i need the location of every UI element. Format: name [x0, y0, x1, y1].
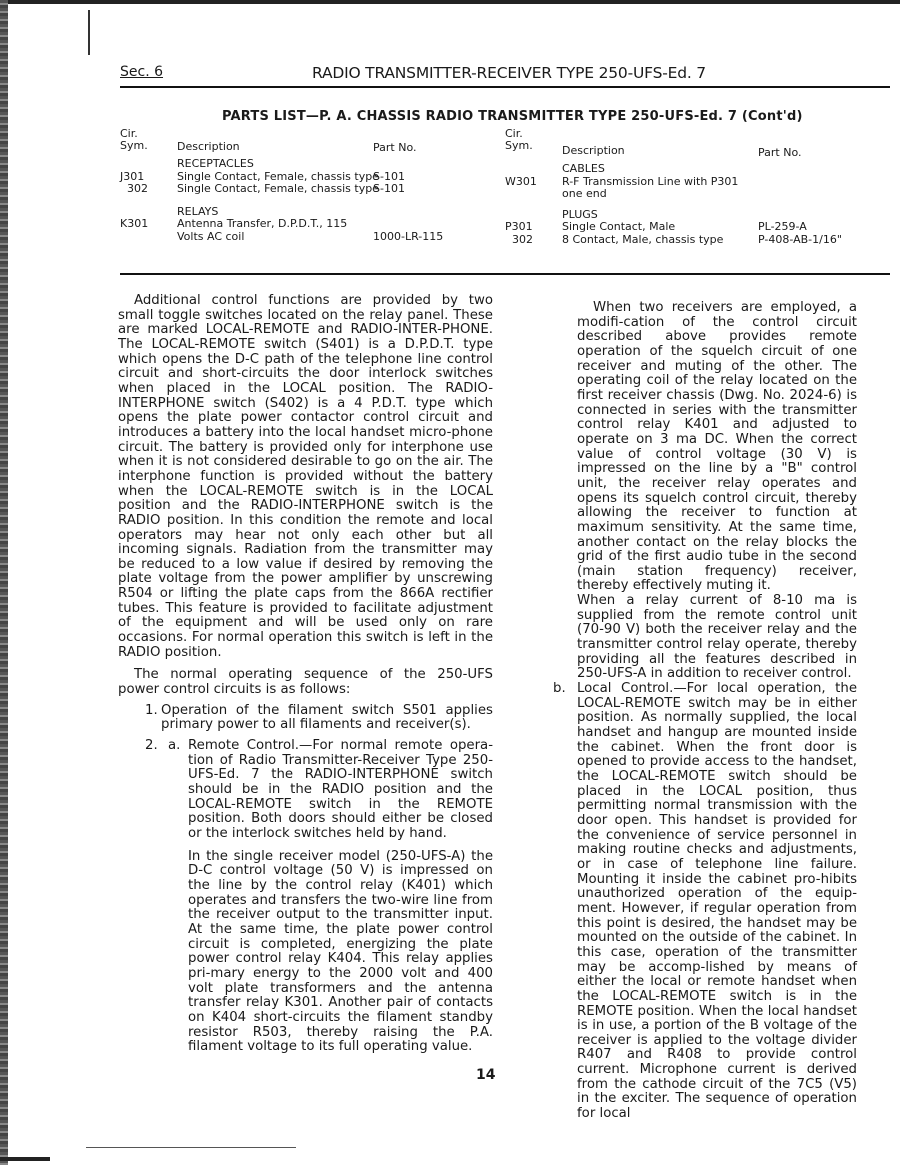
- list-item-2a: 2. a. Remote Control.—For normal remote …: [148, 739, 493, 1055]
- section-label: Sec. 6: [120, 64, 163, 80]
- scan-edge-top: [0, 0, 900, 4]
- list-item-1: 1. Operation of the filament switch S501…: [148, 704, 493, 733]
- parts-header: Cir. Sym. Description Part No.: [505, 128, 890, 158]
- table-row-cont: one end: [505, 188, 890, 201]
- col-header-sym-2: Sym.: [120, 140, 148, 153]
- table-row: K301 Antenna Transfer, D.P.D.T., 115: [120, 218, 490, 231]
- binding-line: [88, 10, 90, 55]
- parts-header: Cir. Sym. Description Part No.: [120, 128, 490, 158]
- paragraph-remote-control: Remote Control.—For normal remote opera-…: [188, 739, 493, 842]
- table-row: 302 8 Contact, Male, chassis type P-408-…: [505, 234, 890, 247]
- group-heading: CABLES: [505, 163, 890, 176]
- page-header: Sec. 6 RADIO TRANSMITTER-RECEIVER TYPE 2…: [120, 64, 900, 86]
- paragraph-operating-sequence: The normal operating sequence of the 250…: [118, 668, 493, 697]
- parts-list-title: PARTS LIST—P. A. CHASSIS RADIO TRANSMITT…: [222, 109, 803, 124]
- page-number: 14: [476, 1067, 495, 1083]
- parts-list-rule: [120, 273, 890, 275]
- table-row: 302 Single Contact, Female, chassis type…: [120, 183, 490, 196]
- col-header-sym-2: Sym.: [505, 140, 533, 153]
- col-header-description: Description: [177, 141, 240, 154]
- table-row-cont: Volts AC coil 1000-LR-115: [120, 231, 490, 244]
- group-heading: RECEPTACLES: [120, 158, 490, 171]
- col-header-part-no: Part No.: [373, 142, 416, 155]
- paragraph-local-control: Local Control.—For local operation, the …: [577, 682, 857, 1122]
- scan-edge-left: [0, 0, 8, 1165]
- table-row: P301 Single Contact, Male PL-259-A: [505, 221, 890, 234]
- col-header-part-no: Part No.: [758, 147, 801, 160]
- paragraph-relay-current: When a relay current of 8-10 ma is suppl…: [577, 594, 857, 682]
- scan-artifact-rule: [86, 1147, 296, 1148]
- parts-list-left: Cir. Sym. Description Part No. RECEPTACL…: [120, 128, 490, 243]
- running-title: RADIO TRANSMITTER-RECEIVER TYPE 250-UFS-…: [312, 64, 706, 82]
- parts-list-right: Cir. Sym. Description Part No. CABLES W3…: [505, 128, 890, 246]
- paragraph-single-receiver: In the single receiver model (250-UFS-A)…: [188, 850, 493, 1055]
- body-column-right: When two receivers are employed, a modif…: [577, 301, 857, 1122]
- paragraph-two-receivers: When two receivers are employed, a modif…: [577, 301, 857, 594]
- header-rule: [120, 86, 890, 88]
- scan-edge-bottom: [0, 1157, 50, 1161]
- body-column-left: Additional control functions are provide…: [118, 294, 493, 1055]
- col-header-description: Description: [562, 145, 625, 158]
- paragraph-additional-control: Additional control functions are provide…: [118, 294, 493, 660]
- list-item-2b: b. Local Control.—For local operation, t…: [553, 682, 857, 1122]
